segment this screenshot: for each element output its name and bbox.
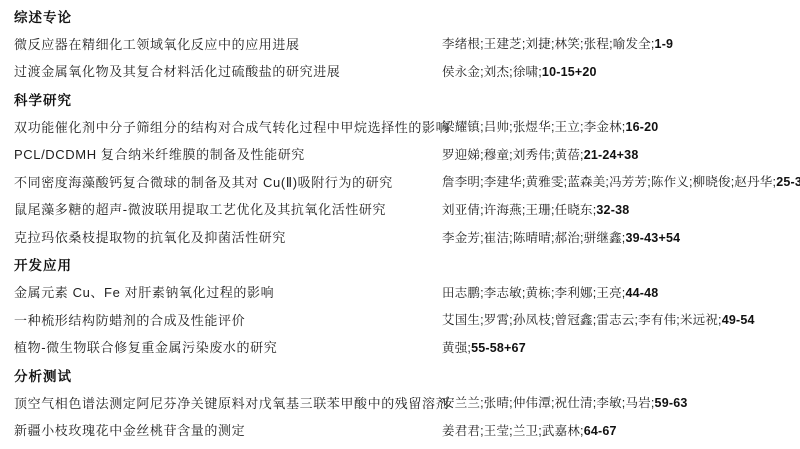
authors-text: 艾国生;罗霄;孙凤枝;曾冠鑫;雷志云;李有伟;米远祝; [442,313,722,327]
section-heading-application: 开发应用 [0,250,800,278]
authors-text: 李绪根;王建芝;刘捷;林笑;张程;喻发全; [442,37,655,51]
article-row: 微反应器在精细化工领域氧化反应中的应用进展 李绪根;王建芝;刘捷;林笑;张程;喻… [0,30,800,58]
article-title: 过渡金属氧化物及其复合材料活化过硫酸盐的研究进展 [14,61,340,80]
authors-text: 罗迎娣;穆童;刘秀伟;黄蓓; [442,148,584,162]
article-authors: 李绪根;王建芝;刘捷;林笑;张程;喻发全;1-9 [442,34,673,52]
article-row: 过渡金属氧化物及其复合材料活化过硫酸盐的研究进展 侯永金;刘杰;徐啸;10-15… [0,57,800,85]
authors-text: 詹李明;李建华;黄雅雯;蓝森美;冯芳芳;陈作义;柳晓俊;赵丹华; [442,175,776,189]
article-title: 微反应器在精细化工领域氧化反应中的应用进展 [14,34,300,53]
authors-text: 侯永金;刘杰;徐啸; [442,65,542,79]
article-authors: 梁耀镇;吕帅;张煜华;王立;李金林;16-20 [442,117,658,135]
page-numbers: 39-43+54 [625,231,680,245]
article-authors: 侯永金;刘杰;徐啸;10-15+20 [442,62,597,80]
page-numbers: 49-54 [722,313,755,327]
article-authors: 刘亚倩;许海燕;王珊;任晓东;32-38 [442,200,629,218]
article-title: 一种梳形结构防蜡剂的合成及性能评价 [14,310,245,329]
authors-text: 黄强; [442,341,471,355]
article-row: 鼠尾藻多糖的超声-微波联用提取工艺优化及其抗氧化活性研究 刘亚倩;许海燕;王珊;… [0,195,800,223]
article-title: 克拉玛依桑枝提取物的抗氧化及抑菌活性研究 [14,227,286,246]
article-authors: 姜君君;王莹;兰卫;武嘉林;64-67 [442,421,617,439]
article-authors: 艾国生;罗霄;孙凤枝;曾冠鑫;雷志云;李有伟;米远祝;49-54 [442,310,755,328]
section-heading-text: 开发应用 [14,254,72,274]
page-numbers: 25-31 [776,175,800,189]
article-row: 一种梳形结构防蜡剂的合成及性能评价 艾国生;罗霄;孙凤枝;曾冠鑫;雷志云;李有伟… [0,306,800,334]
page-numbers: 59-63 [655,396,688,410]
article-row: PCL/DCDMH 复合纳米纤维膜的制备及性能研究 罗迎娣;穆童;刘秀伟;黄蓓;… [0,140,800,168]
article-title: 植物-微生物联合修复重金属污染废水的研究 [14,337,277,356]
article-authors: 田志鹏;李志敏;黄栋;李利娜;王亮;44-48 [442,283,658,301]
article-title: 新疆小枝玫瑰花中金丝桃苷含量的测定 [14,420,245,439]
section-heading-analysis: 分析测试 [0,361,800,389]
authors-text: 刘亚倩;许海燕;王珊;任晓东; [442,203,596,217]
page-numbers: 55-58+67 [471,341,526,355]
authors-text: 田志鹏;李志敏;黄栋;李利娜;王亮; [442,286,625,300]
section-heading-research: 科学研究 [0,85,800,113]
article-row: 不同密度海藻酸钙复合微球的制备及其对 Cu(Ⅱ)吸附行为的研究 詹李明;李建华;… [0,168,800,196]
authors-text: 安兰兰;张晴;仲伟潭;祝仕清;李敏;马岩; [442,396,655,410]
article-row: 双功能催化剂中分子筛组分的结构对合成气转化过程中甲烷选择性的影响 梁耀镇;吕帅;… [0,112,800,140]
article-title: 金属元素 Cu、Fe 对肝素钠氧化过程的影响 [14,282,274,301]
article-authors: 安兰兰;张晴;仲伟潭;祝仕清;李敏;马岩;59-63 [442,393,688,411]
article-title: 顶空气相色谱法测定阿尼芬净关键原料对戊氧基三联苯甲酸中的残留溶剂 [14,393,449,412]
article-title: 鼠尾藻多糖的超声-微波联用提取工艺优化及其抗氧化活性研究 [14,199,386,218]
article-title: PCL/DCDMH 复合纳米纤维膜的制备及性能研究 [14,144,305,163]
journal-toc-page: 综述专论 微反应器在精细化工领域氧化反应中的应用进展 李绪根;王建芝;刘捷;林笑… [0,0,800,449]
article-row: 新疆小枝玫瑰花中金丝桃苷含量的测定 姜君君;王莹;兰卫;武嘉林;64-67 [0,416,800,444]
section-heading-text: 科学研究 [14,89,72,109]
page-numbers: 32-38 [596,203,629,217]
article-title: 双功能催化剂中分子筛组分的结构对合成气转化过程中甲烷选择性的影响 [14,117,449,136]
article-row: 顶空气相色谱法测定阿尼芬净关键原料对戊氧基三联苯甲酸中的残留溶剂 安兰兰;张晴;… [0,388,800,416]
article-authors: 黄强;55-58+67 [442,338,526,356]
article-row: 克拉玛依桑枝提取物的抗氧化及抑菌活性研究 李金芳;崔洁;陈晴晴;郝治;骈继鑫;3… [0,223,800,251]
authors-text: 李金芳;崔洁;陈晴晴;郝治;骈继鑫; [442,231,625,245]
authors-text: 梁耀镇;吕帅;张煜华;王立;李金林; [442,120,625,134]
section-heading-review: 综述专论 [0,2,800,30]
authors-text: 姜君君;王莹;兰卫;武嘉林; [442,424,584,438]
article-title: 不同密度海藻酸钙复合微球的制备及其对 Cu(Ⅱ)吸附行为的研究 [14,172,393,191]
page-numbers: 1-9 [655,37,674,51]
article-authors: 詹李明;李建华;黄雅雯;蓝森美;冯芳芳;陈作义;柳晓俊;赵丹华;25-31 [442,172,800,190]
page-numbers: 10-15+20 [542,65,597,79]
section-heading-text: 分析测试 [14,365,72,385]
article-row: 金属元素 Cu、Fe 对肝素钠氧化过程的影响 田志鹏;李志敏;黄栋;李利娜;王亮… [0,278,800,306]
page-numbers: 21-24+38 [584,148,639,162]
page-numbers: 64-67 [584,424,617,438]
section-heading-text: 综述专论 [14,6,72,26]
article-row: 植物-微生物联合修复重金属污染废水的研究 黄强;55-58+67 [0,333,800,361]
article-authors: 李金芳;崔洁;陈晴晴;郝治;骈继鑫;39-43+54 [442,228,680,246]
page-numbers: 44-48 [625,286,658,300]
article-authors: 罗迎娣;穆童;刘秀伟;黄蓓;21-24+38 [442,145,638,163]
page-numbers: 16-20 [625,120,658,134]
